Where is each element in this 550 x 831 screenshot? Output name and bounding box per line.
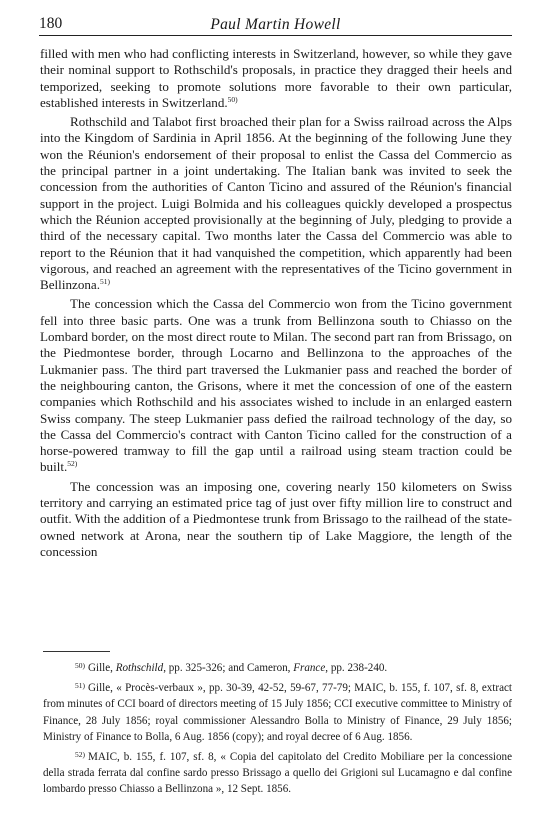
footnote-text: France	[293, 662, 325, 674]
book-page: 180 Paul Martin Howell filled with men w…	[0, 0, 550, 831]
footnote-text: , pp. 325-326; and Cameron,	[163, 662, 293, 674]
footnote-text: Gille, « Procès-verbaux », pp. 30-39, 42…	[43, 682, 512, 743]
footnote-ref: 51)	[100, 277, 110, 286]
footnotes: 50)Gille, Rothschild, pp. 325-326; and C…	[43, 660, 512, 802]
paragraph: Rothschild and Talabot first broached th…	[40, 114, 512, 293]
paragraph: filled with men who had conflicting inte…	[40, 46, 512, 111]
footnote-separator	[43, 651, 110, 652]
paragraph-text: Rothschild and Talabot first broached th…	[40, 114, 512, 292]
footnote-ref: 50)	[228, 95, 238, 104]
paragraph-text: filled with men who had conflicting inte…	[40, 46, 512, 110]
footnote-mark: 52)	[75, 750, 85, 759]
footnote-mark: 51)	[75, 681, 85, 690]
footnote: 50)Gille, Rothschild, pp. 325-326; and C…	[43, 660, 512, 676]
footnote-mark: 50)	[75, 661, 85, 670]
footnote-text: Rothschild	[116, 662, 163, 674]
paragraph-text: The concession which the Cassa del Comme…	[40, 296, 512, 474]
footnote: 51)Gille, « Procès-verbaux », pp. 30-39,…	[43, 680, 512, 745]
footnote-text: MAIC, b. 155, f. 107, sf. 8, « Copia del…	[43, 751, 512, 795]
paragraph-text: The concession was an imposing one, cove…	[40, 479, 512, 559]
footnote-text: , pp. 238-240.	[325, 662, 387, 674]
paragraph: The concession was an imposing one, cove…	[40, 479, 512, 560]
paragraph: The concession which the Cassa del Comme…	[40, 296, 512, 475]
body-text: filled with men who had conflicting inte…	[40, 46, 512, 560]
footnote-ref: 52)	[67, 459, 77, 468]
page-header: 180 Paul Martin Howell	[39, 13, 512, 36]
running-head: Paul Martin Howell	[39, 16, 512, 34]
footnote: 52)MAIC, b. 155, f. 107, sf. 8, « Copia …	[43, 749, 512, 798]
footnote-text: Gille,	[88, 662, 116, 674]
